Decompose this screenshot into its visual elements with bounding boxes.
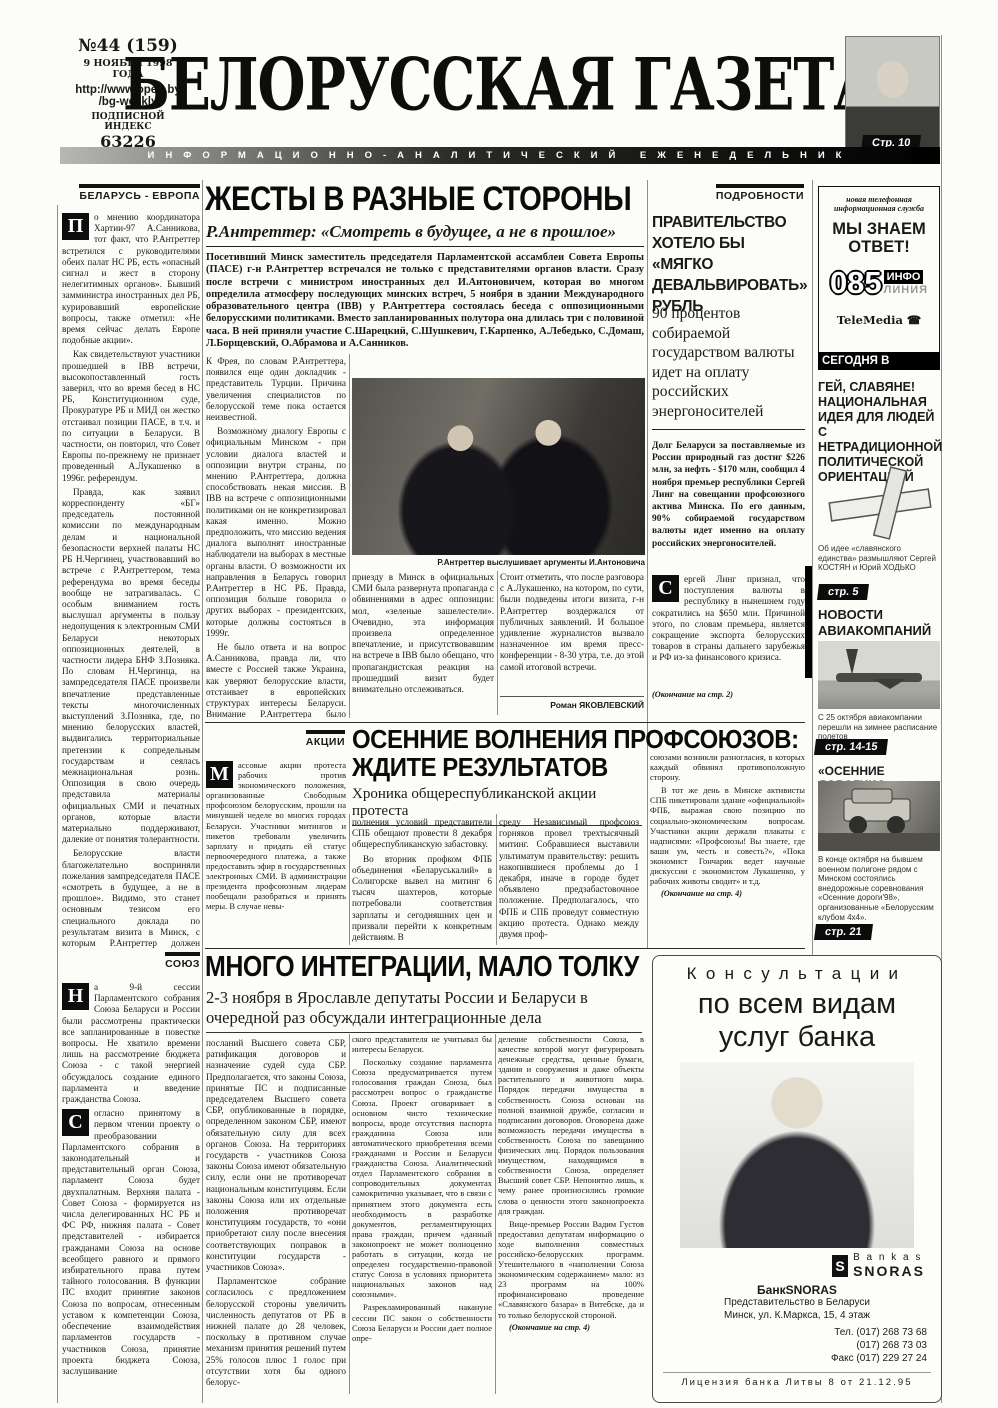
dropcap: П (62, 213, 89, 240)
infoline-slogan: МЫ ЗНАЕМ ОТВЕТ! (822, 220, 936, 256)
section-kicker-belarus-europe: БЕЛАРУСЬ - ЕВРОПА (60, 184, 200, 204)
phone-icon: ☎ (907, 313, 921, 327)
infoline-words: ИНФО ЛИНИЯ (884, 270, 928, 296)
infoline-tagline: новая телефонная информационная служба (822, 195, 936, 213)
paragraph: деление собственности Союза, в качестве … (498, 1034, 644, 1216)
integration-headline: МНОГО ИНТЕГРАЦИИ, МАЛО ТОЛКУ (205, 951, 639, 984)
details-headline: ПРАВИТЕЛЬСТВО ХОТЕЛО БЫ «МЯГКО ДЕВАЛЬВИР… (652, 212, 808, 317)
paragraph: К Фрея, по словам Р.Антреттера, появился… (206, 356, 346, 423)
teaser-slavs-page-badge: стр. 5 (818, 582, 868, 600)
snoras-logo: S B a n k a s SNORAS (663, 1252, 931, 1279)
unions-top-rule (205, 722, 805, 723)
cross-icon (820, 466, 938, 540)
gestures-column-1: К Фрея, по словам Р.Антреттера, появился… (206, 356, 346, 718)
paragraph: Как свидетельствуют участники прошедшей … (62, 349, 200, 483)
airplane-icon (818, 641, 940, 709)
paragraph: Стоит отметить, что после разговора с А.… (500, 572, 644, 673)
unions-column-3: среду Независимый профсоюз горняков пров… (499, 817, 639, 945)
paragraph: Белорусские власти благожелательно воспр… (62, 848, 200, 948)
infoline-logo: 085 ИНФО ЛИНИЯ (822, 265, 936, 301)
teaser-slavs-caption: Об идее «славянского единства» размышляю… (818, 544, 940, 573)
section-kicker-details: ПОДРОБНОСТИ (652, 184, 804, 204)
integration-subtitle: 2-3 ноября в Ярославле депутаты России и… (206, 988, 642, 1033)
teaser-autumn-roads-page-badge: стр. 21 (815, 922, 872, 940)
bank-contacts: Тел. (017) 268 73 68 (017) 268 73 03 Фак… (663, 1326, 931, 1365)
bank-phone-2: (017) 268 73 03 (663, 1339, 927, 1352)
gestures-byline: Роман ЯКОВЛЕВСКИЙ (500, 696, 644, 710)
gestures-headline: ЖЕСТЫ В РАЗНЫЕ СТОРОНЫ (205, 180, 631, 219)
infoline-word-bottom: ЛИНИЯ (884, 284, 928, 296)
decorative-black-strip (805, 566, 812, 678)
integration-column-3: ского представителя не учитывал бы интер… (352, 1034, 492, 1394)
integration-column-rule-2 (495, 1034, 496, 1394)
unions-continuation: (Окончание на стр. 4) (650, 889, 805, 899)
details-body: Сергей Линг признал, что поступления вал… (652, 574, 805, 686)
paragraph: союзами возникли разногласия, в которых … (650, 752, 805, 782)
dropcap: М (206, 761, 233, 788)
newspaper-page: №44 (159) 9 НОЯБРЯ 1998 ГОДА http://www.… (0, 0, 998, 1408)
main-column-rule-2 (497, 571, 498, 715)
bank-name: БанкSNORAS (663, 1283, 931, 1297)
rail-divider-rule (202, 180, 203, 1403)
bank-rep-line1: Представительство в Беларуси (663, 1297, 931, 1310)
unions-column-1: Массовые акции протеста рабочих против э… (206, 760, 346, 946)
teaser-airlines-page-badge: стр. 14-15 (815, 737, 887, 755)
unions-column-rule-2 (496, 814, 497, 945)
details-continuation: (Окончание на стр. 2) (652, 690, 805, 699)
today-in-issue-header: СЕГОДНЯ В НОМЕРЕ: (818, 352, 940, 370)
bank-ad: Консультации по всем видам услуг банка S… (652, 955, 942, 1403)
paragraph: По мнению координатора Хартии-97 А.Санни… (62, 212, 200, 346)
infoline-ad: новая телефонная информационная служба М… (818, 186, 940, 362)
paragraph: Во вторник профком ФПБ объединения «Бела… (352, 854, 492, 944)
dropcap: С (62, 1109, 89, 1136)
bank-phone-1: Тел. (017) 268 73 68 (663, 1326, 927, 1339)
teaser-airlines-title: НОВОСТИ АВИАКОМПАНИЙ (818, 607, 940, 638)
paragraph: полнения условий представители СПБ обеща… (352, 817, 492, 851)
infoline-word-top: ИНФО (884, 270, 924, 284)
gestures-lead: Посетивший Минск заместитель председател… (206, 246, 644, 354)
paragraph: Возможному диалогу Европы с официальным … (206, 426, 346, 639)
teaser-autumn-roads-caption: В конце октября на бывшем военном полиго… (818, 855, 940, 922)
banker-photo (680, 1062, 914, 1248)
unions-column-rule-1 (349, 814, 350, 945)
unions-bottom-rule (205, 948, 805, 949)
snoras-logo-bankas: B a n k a s (853, 1252, 925, 1263)
unions-column-2: полнения условий представители СПБ обеща… (352, 817, 492, 945)
airplane-photo (818, 641, 940, 709)
paragraph: На 9-й сессии Парламентского собрания Со… (62, 982, 200, 1105)
meeting-photo-caption: Р.Антреттер выслушивает аргументы И.Анто… (352, 558, 645, 567)
snoras-logo-mark: S (832, 1255, 848, 1277)
bank-ad-heading: Консультации (663, 964, 931, 984)
offroad-car-icon (818, 781, 940, 851)
integration-continuation: (Окончание на стр. 4) (498, 1323, 644, 1333)
cross-illustration (820, 466, 938, 540)
paragraph: Поскольку создание парламента Союза пред… (352, 1057, 492, 1299)
europe-article-column: По мнению координатора Хартии-97 А.Санни… (62, 212, 200, 948)
paragraph: Парламентское собрание согласилось с пре… (206, 1276, 346, 1388)
infoline-number: 085 (830, 265, 882, 301)
section-kicker-union: СОЮЗ (60, 952, 200, 972)
bank-license: Лицензия банка Литвы 8 от 21.12.95 (663, 1372, 931, 1388)
paragraph: Сергей Линг признал, что поступления вал… (652, 574, 805, 664)
bank-ad-line2: услуг банка (663, 1021, 931, 1054)
details-subhead: 90 процентов собираемой государством вал… (652, 304, 805, 430)
bank-fax: Факс (017) 229 27 24 (663, 1352, 927, 1365)
paragraph: ского представителя не учитывал бы интер… (352, 1034, 492, 1054)
integration-column-rule-1 (349, 1034, 350, 1394)
masthead-tagline-bar: ИНФОРМАЦИОННО-АНАЛИТИЧЕСКИЙ ЕЖЕНЕДЕЛЬНИК (60, 147, 940, 164)
bank-ad-line1: по всем видам (663, 988, 931, 1021)
telemedia-brand: TeleMedia ☎ (822, 313, 936, 327)
gestures-subtitle: Р.Антреттер: «Смотреть в будущее, а не в… (206, 222, 644, 242)
gestures-column-3: Стоит отметить, что после разговора с А.… (500, 572, 644, 692)
paragraph: Разрекламированный накануне сессии ПС за… (352, 1302, 492, 1342)
main-column-rule-1 (349, 354, 350, 718)
gestures-column-2: приезду в Минск в официальных СМИ была р… (352, 572, 494, 718)
paragraph: приезду в Минск в официальных СМИ была р… (352, 572, 494, 695)
integration-rail-column: На 9-й сессии Парламентского собрания Со… (62, 982, 200, 1400)
page-left-rule (57, 205, 58, 1403)
integration-column-2: посланий Высшего совета СБР, ратификация… (206, 1038, 346, 1394)
offroad-car-photo (818, 781, 940, 851)
paragraph: Согласно принятому в первом чтении проек… (62, 1108, 200, 1377)
newspaper-title: БЕЛОРУССКАЯ ГАЗЕТА (180, 4, 821, 165)
paragraph: В тот же день в Минске активисты СПБ пик… (650, 785, 805, 886)
paragraph: Не было ответа и на вопрос А.Санникова, … (206, 642, 346, 718)
details-divider-rule (647, 180, 648, 948)
dropcap: Н (62, 983, 89, 1010)
section-kicker-actions: АКЦИИ (205, 730, 345, 750)
paragraph: Правда, как заявил корреспонденту «БГ» п… (62, 487, 200, 846)
snoras-logo-snoras: SNORAS (853, 1263, 925, 1279)
meeting-photo (352, 378, 645, 555)
paragraph: посланий Высшего совета СБР, ратификация… (206, 1038, 346, 1273)
unions-headline-line1: ОСЕННИЕ ВОЛНЕНИЯ ПРОФСОЮЗОВ: (352, 724, 799, 755)
unions-headline-line2: ЖДИТЕ РЕЗУЛЬТАТОВ (352, 752, 608, 783)
integration-column-4: деление собственности Союза, в качестве … (498, 1034, 644, 1394)
dropcap: С (652, 575, 679, 602)
unions-column-4: союзами возникли разногласия, в которых … (650, 752, 805, 948)
paragraph: Массовые акции протеста рабочих против э… (206, 760, 346, 911)
details-lead: Долг Беларуси за поставляемые из России … (652, 440, 805, 562)
bank-rep-line2: Минск, ул. К.Маркса, 15, 4 этаж (663, 1310, 931, 1323)
paragraph: Вице-премьер России Вадим Густов предост… (498, 1219, 644, 1320)
snoras-logo-text: B a n k a s SNORAS (853, 1252, 925, 1279)
paragraph: среду Независимый профсоюз горняков пров… (499, 817, 639, 940)
